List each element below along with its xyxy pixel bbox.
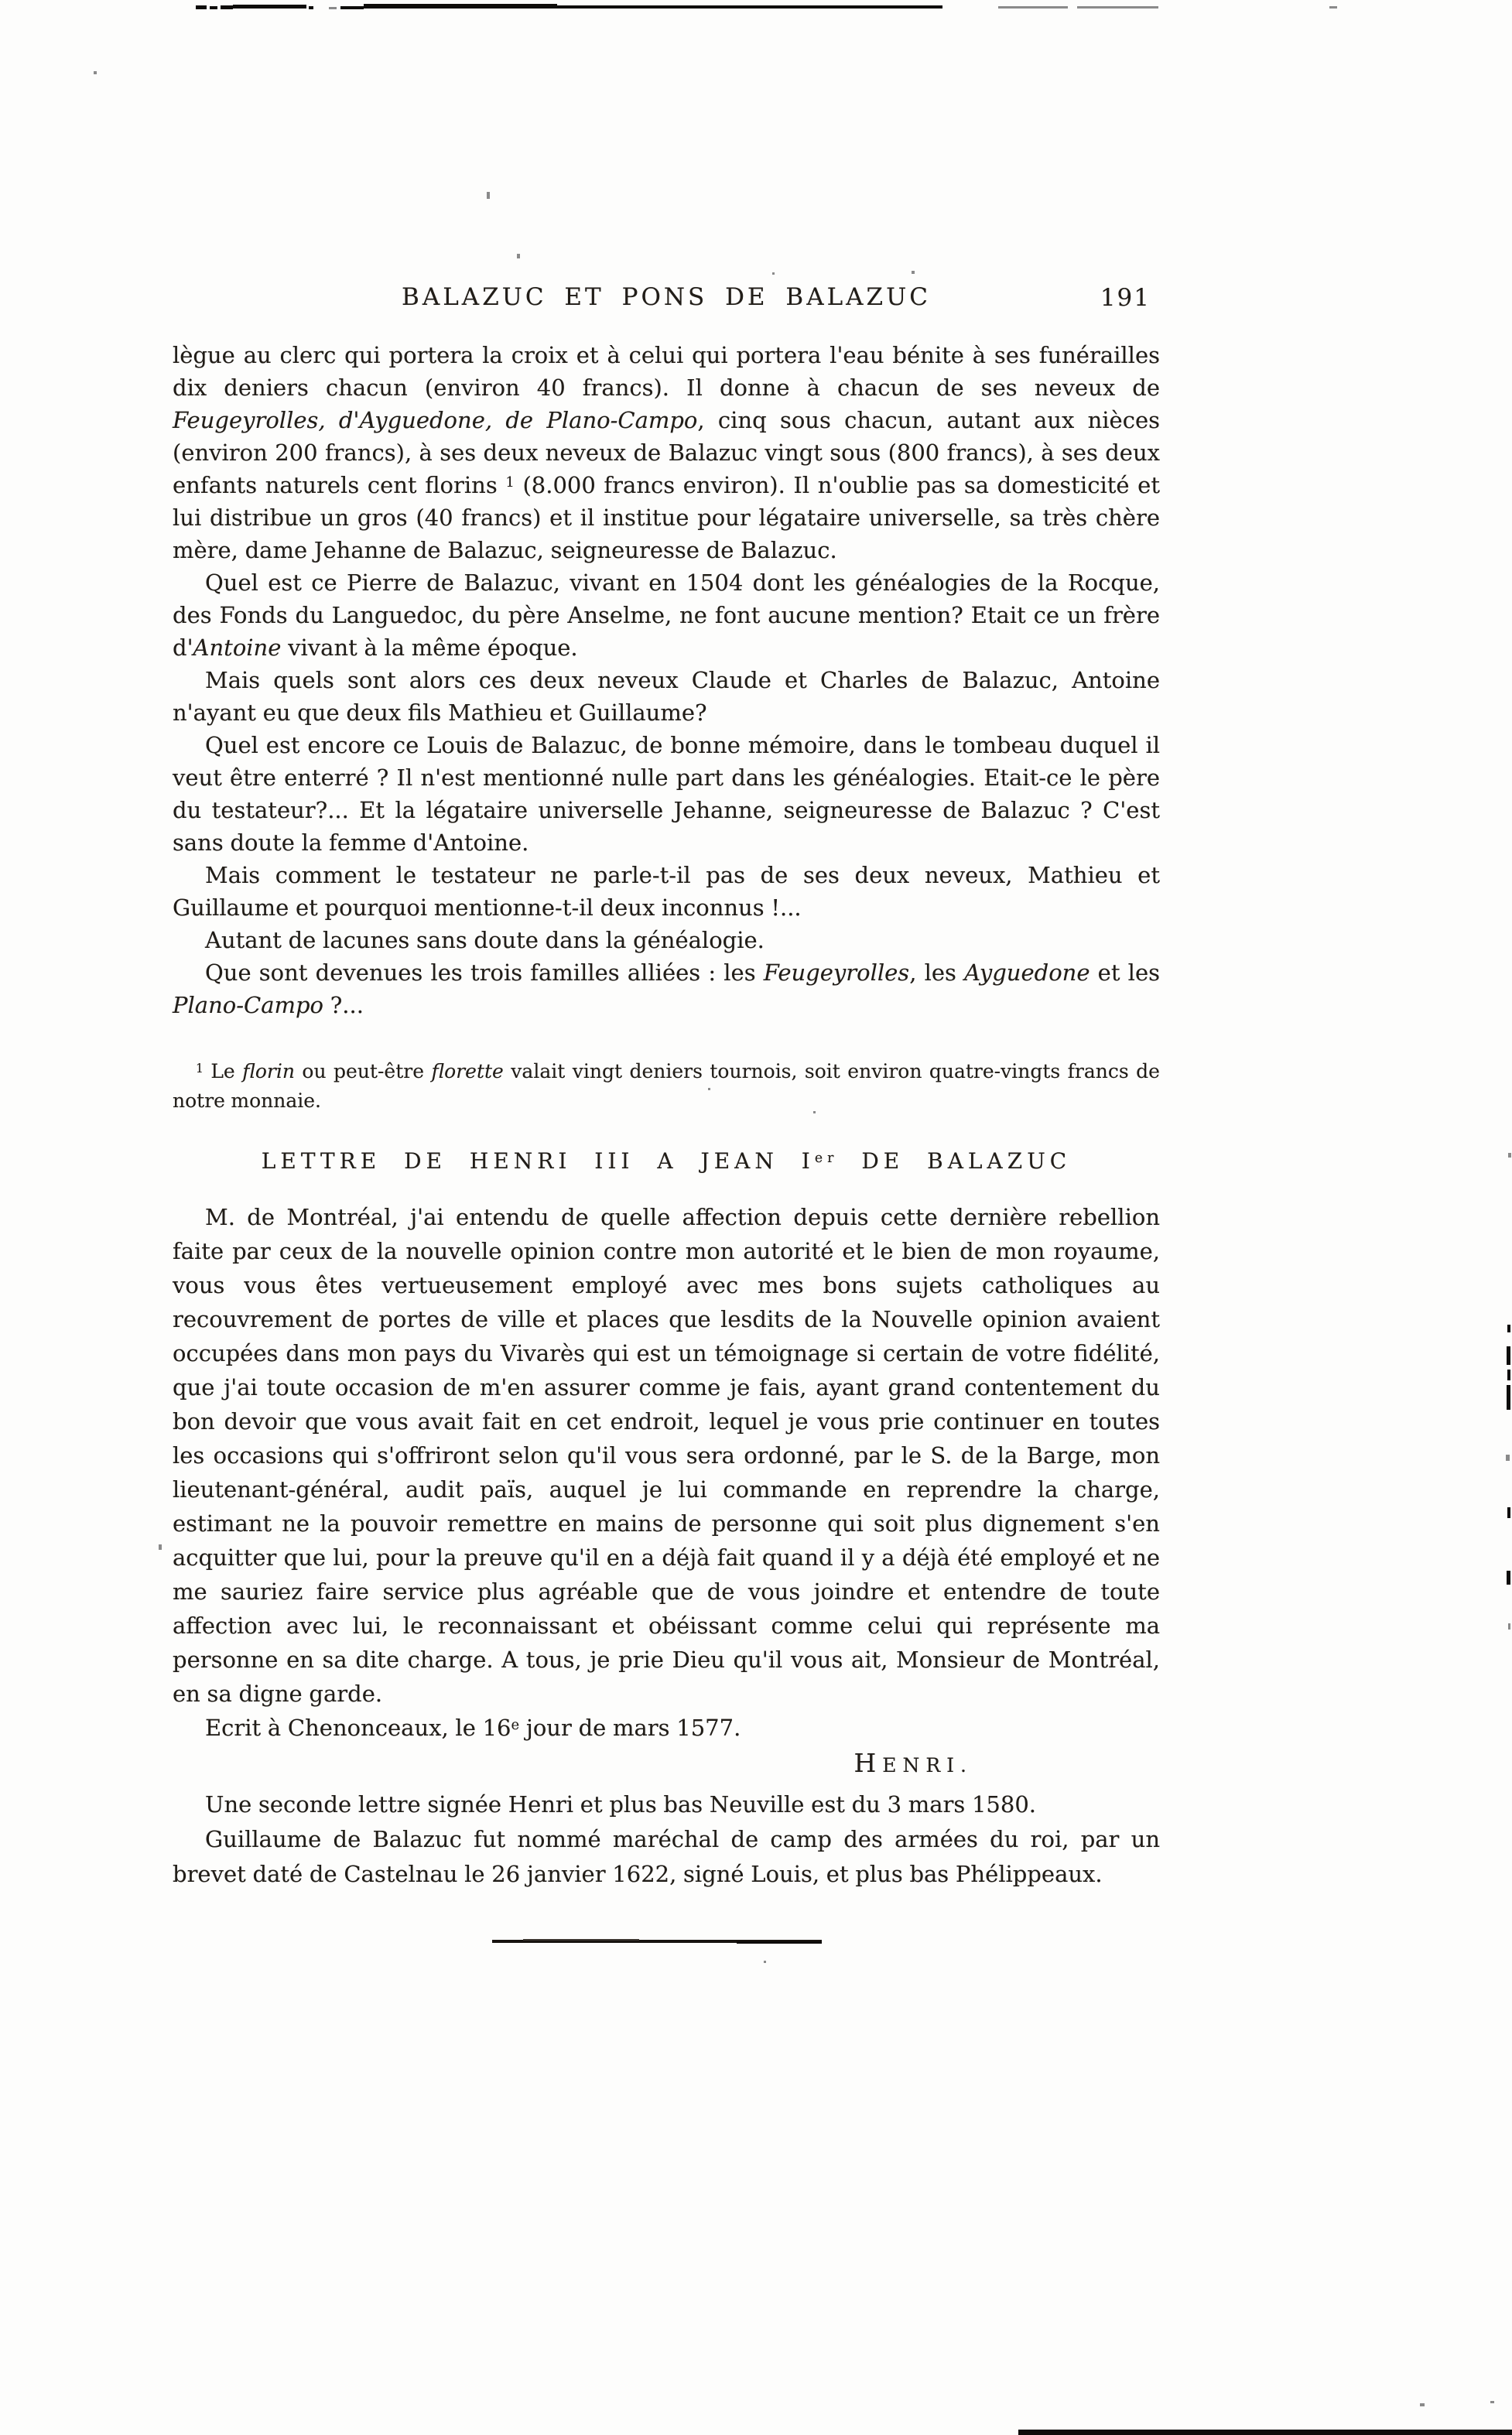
scan-artifact-bottom-line	[1018, 2430, 1512, 2435]
scan-artifact-right-edge	[1506, 1455, 1510, 1461]
text-column: BALAZUC ET PONS DE BALAZUC 191 lègue au …	[173, 283, 1160, 1943]
footnote: 1 Le florin ou peut-être florette valait…	[173, 1057, 1160, 1116]
scan-artifact-top-line	[196, 5, 207, 9]
scan-speck	[94, 71, 97, 74]
page-number: 191	[1100, 284, 1151, 312]
scan-artifact-top-line	[1077, 6, 1158, 9]
scan-speck	[764, 1961, 766, 1963]
article-paragraph: Mais comment le testateur ne parle-t-il …	[173, 859, 1160, 924]
letter-body: M. de Montréal, j'ai entendu de quelle a…	[173, 1200, 1160, 1778]
scan-speck	[1420, 2403, 1425, 2406]
addendum-paragraph: Guillaume de Balazuc fut nommé maréchal …	[173, 1822, 1160, 1892]
article-text: lègue au clerc qui portera la croix et à…	[173, 339, 1160, 1021]
scan-speck	[772, 272, 775, 275]
running-header: BALAZUC ET PONS DE BALAZUC 191	[173, 283, 1160, 316]
scan-artifact-right-edge	[1508, 1153, 1511, 1158]
article-paragraph: Que sont devenues les trois familles all…	[173, 956, 1160, 1021]
signature-henri: HENRI.	[173, 1748, 1160, 1778]
scan-artifact-top-line	[233, 5, 306, 9]
scan-speck	[1490, 2401, 1494, 2403]
letter-heading: LETTRE DE HENRI III A JEAN Ier DE BALAZU…	[173, 1148, 1160, 1174]
addendum-text: Une seconde lettre signée Henri et plus …	[173, 1787, 1160, 1892]
scan-artifact-top-line	[364, 4, 557, 9]
scan-artifact-right-edge	[1507, 1507, 1510, 1518]
scan-speck	[912, 271, 915, 274]
scan-artifact-top-line	[340, 6, 364, 9]
article-paragraph: Mais quels sont alors ces deux neveux Cl…	[173, 664, 1160, 729]
article-paragraph: Quel est ce Pierre de Balazuc, vivant en…	[173, 566, 1160, 664]
article-paragraph: lègue au clerc qui portera la croix et à…	[173, 339, 1160, 566]
scan-artifact-right-edge	[1507, 1571, 1510, 1585]
letter-paragraph: M. de Montréal, j'ai entendu de quelle a…	[173, 1200, 1160, 1711]
scan-speck	[159, 1544, 162, 1550]
scan-artifact-right-edge	[1507, 1370, 1510, 1380]
scan-artifact-top-line	[556, 5, 942, 9]
scan-artifact-top-line	[1329, 6, 1337, 9]
scan-artifact-top-line	[221, 5, 233, 9]
scan-artifact-right-edge	[1507, 1385, 1510, 1410]
letter-date-line: Ecrit à Chenonceaux, le 16e jour de mars…	[173, 1711, 1160, 1745]
addendum-paragraph: Une seconde lettre signée Henri et plus …	[173, 1787, 1160, 1822]
scan-artifact-top-line	[998, 6, 1068, 9]
page-header-title: BALAZUC ET PONS DE BALAZUC	[173, 283, 1160, 311]
scan-speck	[487, 192, 490, 199]
scan-artifact-top-line	[309, 6, 313, 9]
scan-artifact-right-edge	[1507, 1325, 1510, 1332]
scan-artifact-top-line	[329, 7, 337, 9]
scan-speck	[517, 254, 520, 258]
scan-artifact-right-edge	[1508, 1623, 1510, 1630]
scanned-book-page: BALAZUC ET PONS DE BALAZUC 191 lègue au …	[0, 0, 1512, 2435]
scan-artifact-right-edge	[1507, 1346, 1510, 1365]
article-paragraph: Autant de lacunes sans doute dans la gén…	[173, 924, 1160, 956]
scan-artifact-top-line	[210, 6, 217, 9]
article-paragraph: Quel est encore ce Louis de Balazuc, de …	[173, 729, 1160, 859]
section-end-rule	[492, 1940, 822, 1943]
